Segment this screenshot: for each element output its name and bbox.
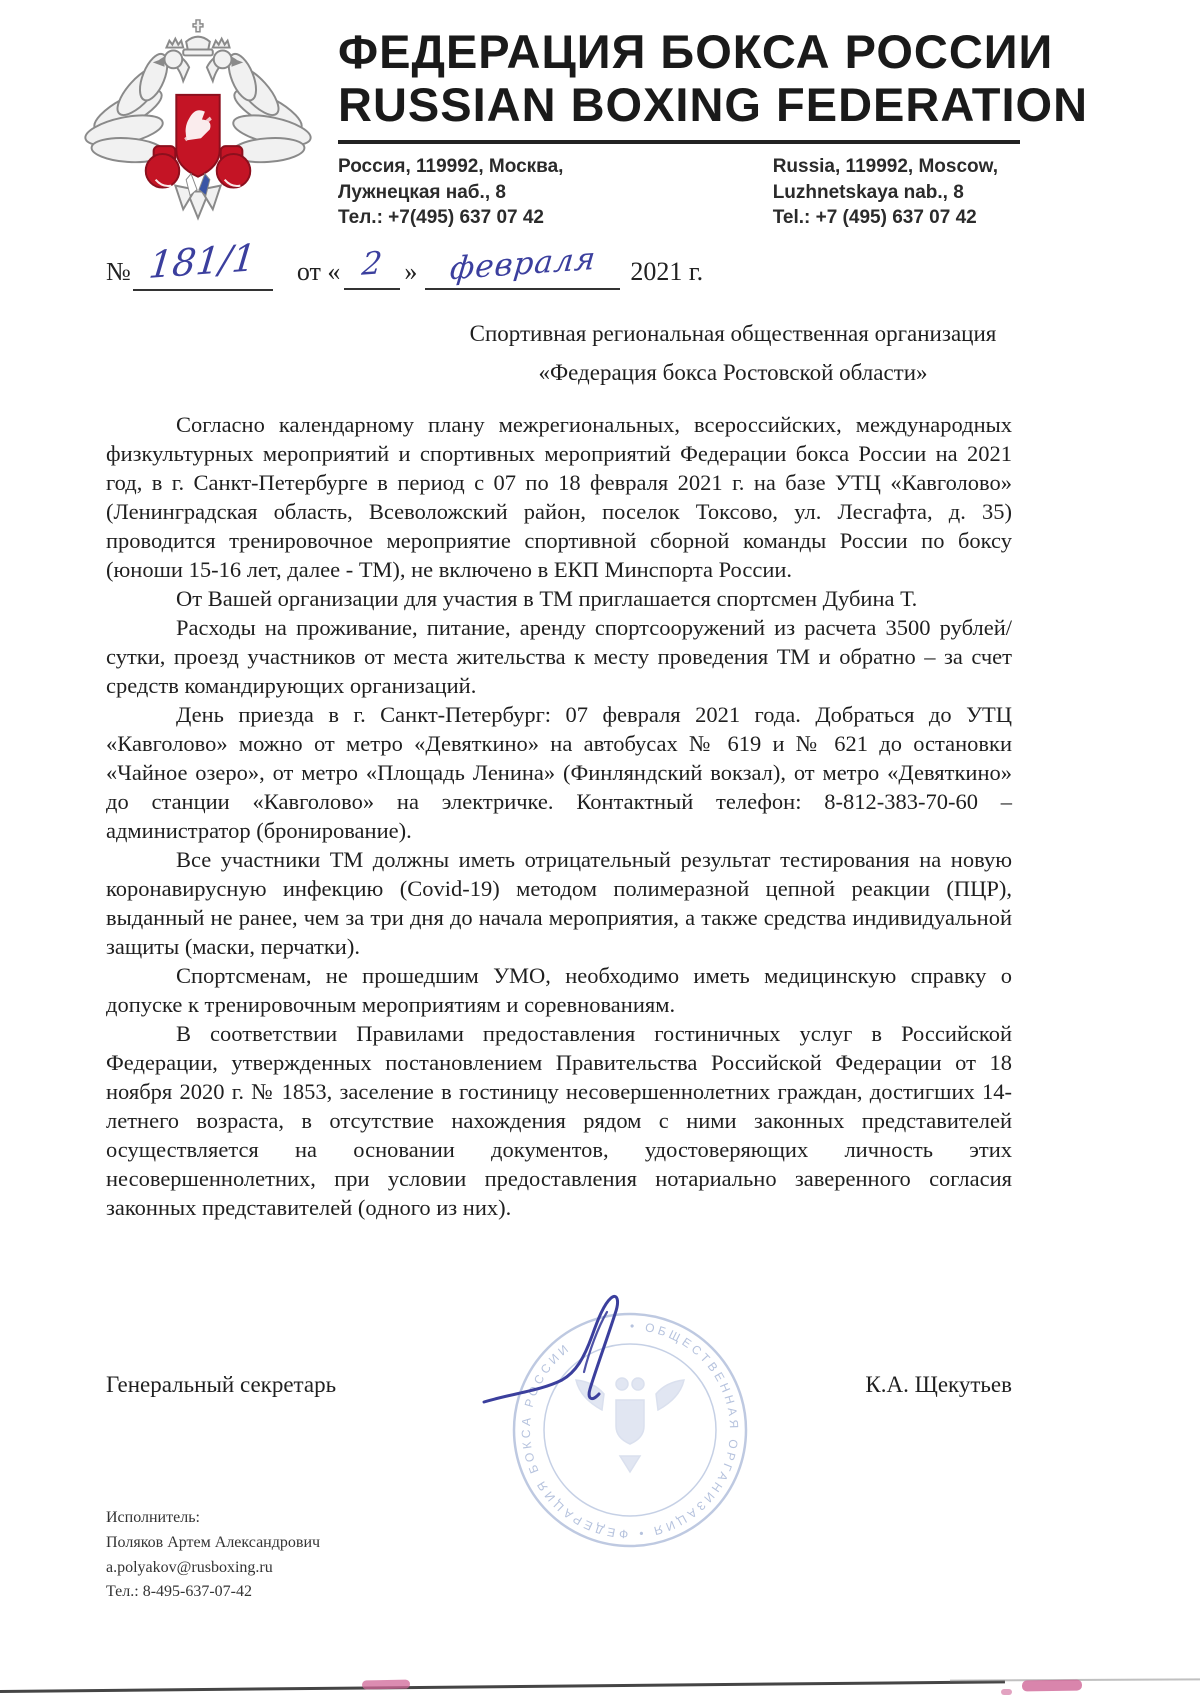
number-blank: 181/1 xyxy=(133,246,273,291)
address-ru-line1: Россия, 119992, Москва, xyxy=(338,154,563,179)
day-blank: 2 xyxy=(344,252,400,290)
address-en-line2: Luzhnetskaya nab., 8 xyxy=(773,180,998,205)
handwritten-day: 2 xyxy=(361,245,385,283)
header-rule xyxy=(338,140,1020,144)
reference-line: №181/1от «2»февраля2021 г. xyxy=(106,246,703,291)
executor-name: Поляков Артем Александрович xyxy=(106,1531,320,1556)
signer-title: Генеральный секретарь xyxy=(106,1372,336,1398)
paragraph: Согласно календарному плану межрегиональ… xyxy=(106,410,1012,584)
address-ru-line2: Лужнецкая наб., 8 xyxy=(338,180,563,205)
close-quote: » xyxy=(404,257,417,286)
stamp-and-signature: • ОБЩЕСТВЕННАЯ ОРГАНИЗАЦИЯ • ФЕДЕРАЦИЯ Б… xyxy=(462,1280,802,1585)
paragraph: Все участники ТМ должны иметь отрицатель… xyxy=(106,845,1012,961)
signature-row: Генеральный секретарь К.А. Щекутьев xyxy=(106,1372,1012,1398)
executor-phone: Тел.: 8-495-637-07-42 xyxy=(106,1580,320,1605)
paragraph: Расходы на проживание, питание, аренду с… xyxy=(106,613,1012,700)
letter-body: Согласно календарному плану межрегиональ… xyxy=(106,410,1012,1222)
recipient-line1: Спортивная региональная общественная орг… xyxy=(450,314,1016,353)
recipient-block: Спортивная региональная общественная орг… xyxy=(450,314,1016,392)
document-page: ФЕДЕРАЦИЯ БОКСА РОССИИ RUSSIAN BOXING FE… xyxy=(0,0,1200,1697)
executor-email: a.polyakov@rusboxing.ru xyxy=(106,1556,320,1581)
handwritten-month: февраля xyxy=(448,241,598,288)
month-blank: февраля xyxy=(425,252,620,290)
pink-smudge xyxy=(1001,1689,1012,1695)
executor-label: Исполнитель: xyxy=(106,1506,320,1531)
handwritten-number: 181/1 xyxy=(147,236,258,287)
address-ru: Россия, 119992, Москва, Лужнецкая наб., … xyxy=(338,154,563,230)
pink-smudge xyxy=(362,1680,410,1690)
date-from-label: от « xyxy=(297,257,341,286)
letterhead: ФЕДЕРАЦИЯ БОКСА РОССИИ RUSSIAN BOXING FE… xyxy=(338,26,1028,231)
recipient-line2: «Федерация бокса Ростовской области» xyxy=(450,353,1016,392)
paragraph: Спортсменам, не прошедшим УМО, необходим… xyxy=(106,961,1012,1019)
address-ru-phone: Тел.: +7(495) 637 07 42 xyxy=(338,205,563,230)
org-title-ru: ФЕДЕРАЦИЯ БОКСА РОССИИ xyxy=(338,26,1028,79)
scan-edge-line xyxy=(0,1680,1005,1693)
pink-smudge xyxy=(1022,1679,1082,1691)
federation-emblem-icon xyxy=(82,16,314,228)
round-stamp: • ОБЩЕСТВЕННАЯ ОРГАНИЗАЦИЯ • ФЕДЕРАЦИЯ Б… xyxy=(514,1314,746,1546)
address-en-line1: Russia, 119992, Moscow, xyxy=(773,154,998,179)
org-title-en: RUSSIAN BOXING FEDERATION xyxy=(338,79,1028,132)
address-en-phone: Tel.: +7 (495) 637 07 42 xyxy=(773,205,998,230)
paragraph: День приезда в г. Санкт-Петербург: 07 фе… xyxy=(106,700,1012,845)
paragraph: В соответствии Правилами предоставления … xyxy=(106,1019,1012,1222)
year-label: 2021 г. xyxy=(630,257,703,286)
paragraph: От Вашей организации для участия в ТМ пр… xyxy=(106,584,1012,613)
executor-block: Исполнитель: Поляков Артем Александрович… xyxy=(106,1506,320,1605)
number-label: № xyxy=(106,257,131,286)
signer-name: К.А. Щекутьев xyxy=(865,1372,1012,1398)
address-en: Russia, 119992, Moscow, Luzhnetskaya nab… xyxy=(773,154,998,230)
